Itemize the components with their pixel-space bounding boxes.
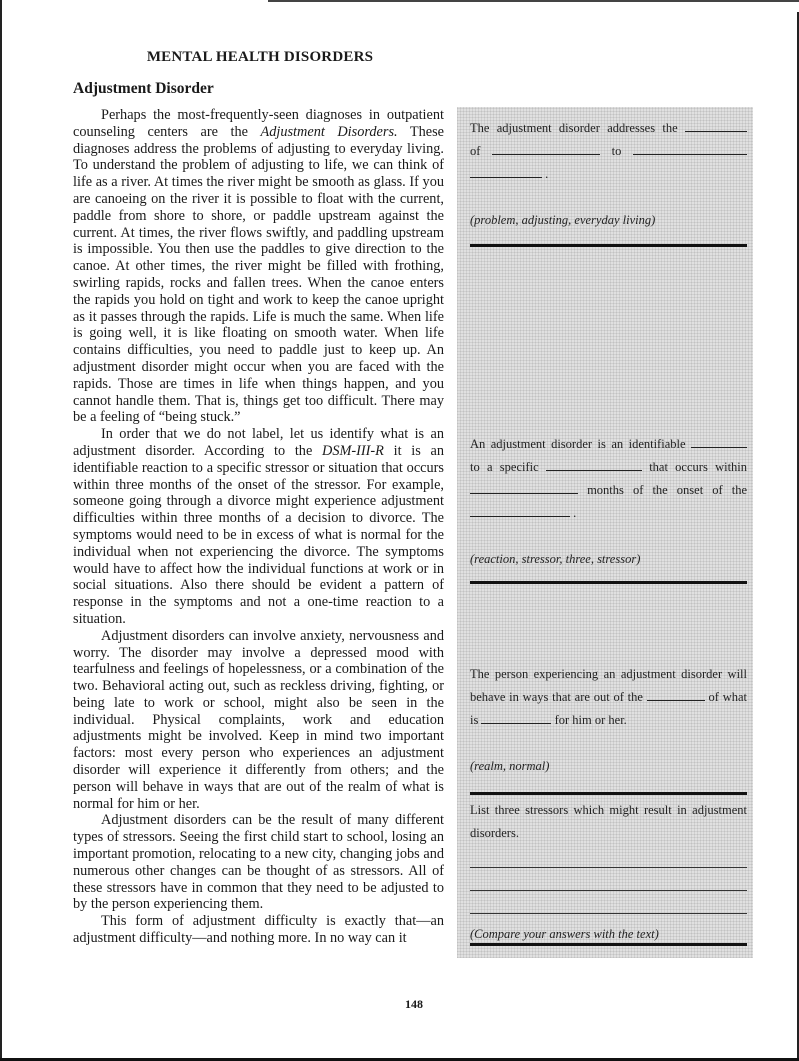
frame-1: The adjustment disorder addresses the of… bbox=[470, 117, 747, 230]
paragraph-5: This form of adjustment difficulty is ex… bbox=[73, 913, 444, 947]
answer-key: (problem, adjusting, everyday living) bbox=[470, 210, 747, 230]
frame-divider bbox=[470, 581, 747, 584]
frame-4: List three stressors which might result … bbox=[470, 799, 747, 944]
scan-edge-left bbox=[0, 0, 2, 1061]
paragraph-3: Adjustment disorders can involve anxiety… bbox=[73, 628, 444, 813]
workbook-sidebar: The adjustment disorder addresses the of… bbox=[457, 107, 753, 958]
answer-line-1[interactable] bbox=[470, 867, 747, 868]
frame-divider bbox=[470, 943, 747, 946]
blank-field[interactable] bbox=[685, 119, 747, 132]
answer-key: (realm, normal) bbox=[470, 756, 747, 776]
running-head: MENTAL HEALTH DISORDERS bbox=[140, 49, 380, 66]
term-dsm: DSM-III-R bbox=[322, 443, 384, 459]
frame-3: The person experiencing an adjustment di… bbox=[470, 663, 747, 776]
blank-field[interactable] bbox=[470, 165, 542, 178]
frame-2: An adjustment disorder is an identifiabl… bbox=[470, 433, 747, 569]
blank-field[interactable] bbox=[492, 142, 600, 155]
paragraph-4: Adjustment disorders can be the result o… bbox=[73, 812, 444, 913]
paragraph-1: Perhaps the most-frequently-seen diagnos… bbox=[73, 107, 444, 426]
answer-key: (reaction, stressor, three, stressor) bbox=[470, 549, 747, 569]
page-number: 148 bbox=[405, 997, 423, 1012]
answer-line-3[interactable] bbox=[470, 913, 747, 914]
blank-field[interactable] bbox=[647, 688, 705, 701]
blank-field[interactable] bbox=[481, 711, 551, 724]
blank-field[interactable] bbox=[633, 142, 747, 155]
term-adjustment-disorders: Adjustment Disorders. bbox=[260, 124, 397, 140]
section-title: Adjustment Disorder bbox=[73, 80, 214, 98]
frame-divider bbox=[470, 244, 747, 247]
blank-field[interactable] bbox=[470, 481, 578, 494]
body-text: Perhaps the most-frequently-seen diagnos… bbox=[73, 107, 444, 947]
blank-field[interactable] bbox=[546, 458, 642, 471]
frame-divider bbox=[470, 792, 747, 795]
scan-edge-top bbox=[268, 0, 799, 2]
answer-key: (Compare your answers with the text) bbox=[470, 924, 747, 944]
paragraph-2: In order that we do not label, let us id… bbox=[73, 426, 444, 628]
blank-field[interactable] bbox=[470, 504, 570, 517]
answer-line-2[interactable] bbox=[470, 890, 747, 891]
blank-field[interactable] bbox=[691, 435, 747, 448]
